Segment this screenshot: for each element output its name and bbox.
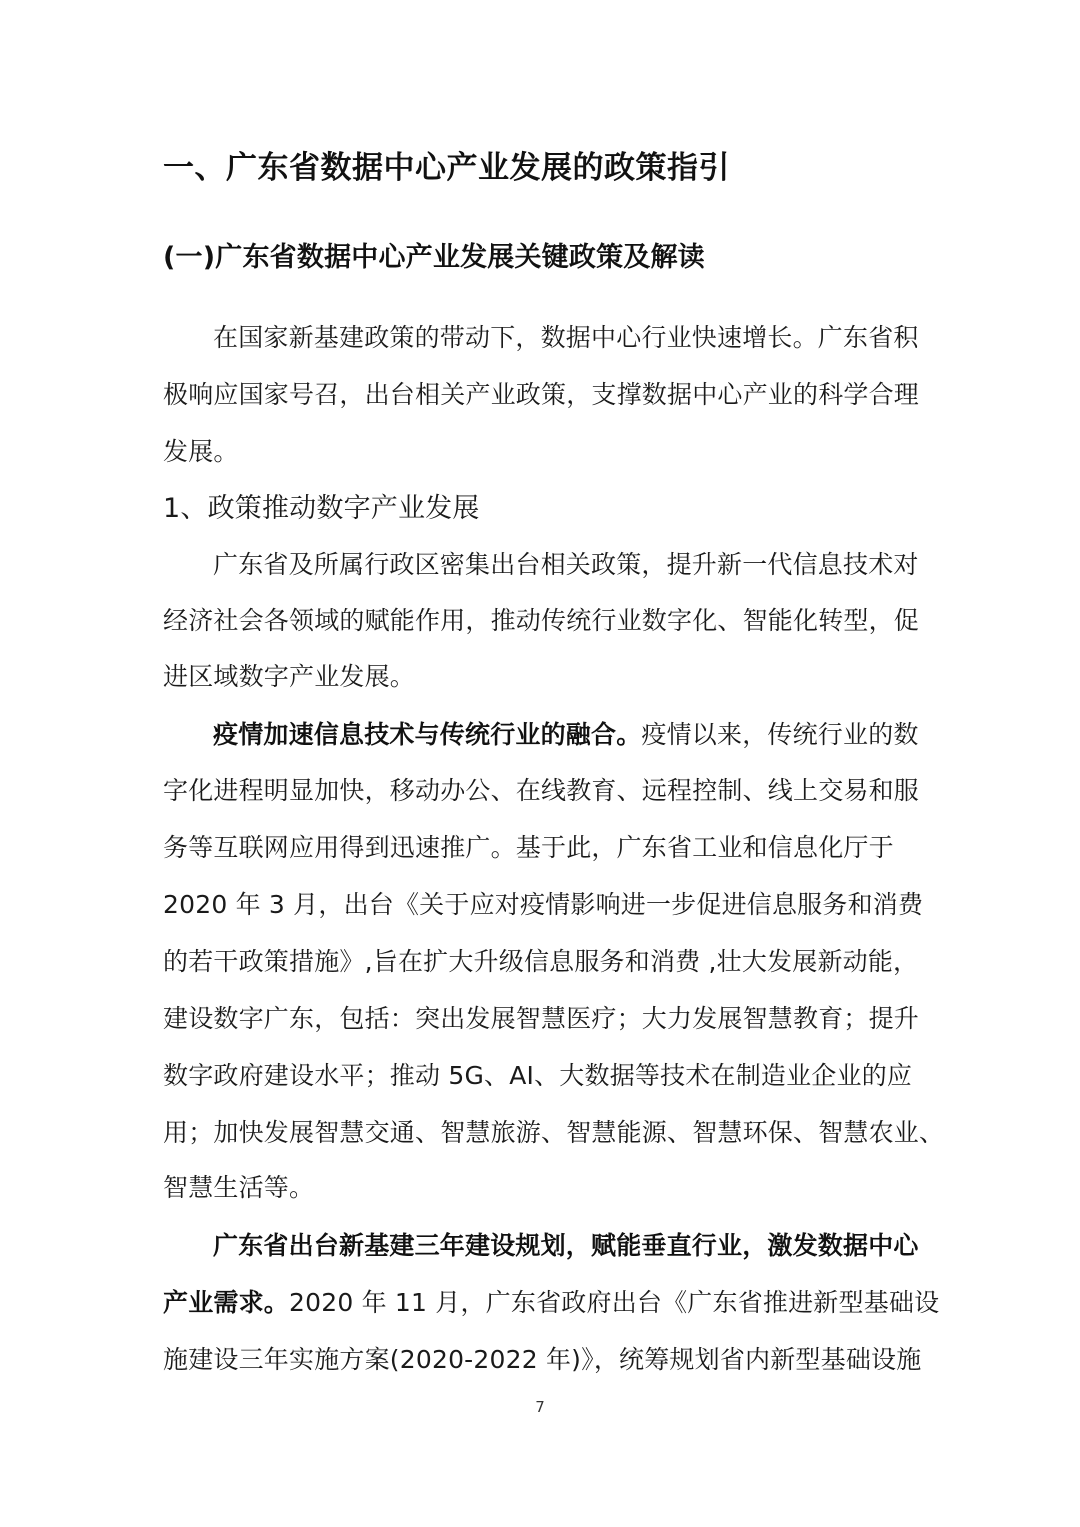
paragraph-line: 字化进程明显加快，移动办公、在线教育、远程控制、线上交易和服 bbox=[163, 776, 919, 806]
paragraph-line: 施建设三年实施方案(2020-2022 年)》，统筹规划省内新型基础设施 bbox=[163, 1345, 921, 1375]
paragraph-line: 经济社会各领域的赋能作用，推动传统行业数字化、智能化转型，促 bbox=[163, 606, 919, 636]
bold-lead-text: 疫情加速信息技术与传统行业的融合。 bbox=[213, 720, 641, 749]
paragraph-line: 建设数字广东，包括：突出发展智慧医疗；大力发展智慧教育；提升 bbox=[163, 1004, 919, 1034]
paragraph-line: 2020 年 3 月，出台《关于应对疫情影响进一步促进信息服务和消费 bbox=[163, 890, 923, 920]
paragraph-line: 产业需求。2020 年 11 月，广东省政府出台《广东省推进新型基础设 bbox=[163, 1288, 939, 1318]
chapter-heading: 一、广东省数据中心产业发展的政策指引 bbox=[163, 148, 730, 188]
paragraph-line: 疫情加速信息技术与传统行业的融合。疫情以来，传统行业的数 bbox=[213, 720, 919, 750]
paragraph-line: 用；加快发展智慧交通、智慧旅游、智慧能源、智慧环保、智慧农业、 bbox=[163, 1118, 944, 1148]
paragraph-line: 的若干政策措施》,旨在扩大升级信息服务和消费 ,壮大发展新动能， bbox=[163, 947, 918, 977]
document-page: 一、广东省数据中心产业发展的政策指引 (一)广东省数据中心产业发展关键政策及解读… bbox=[0, 0, 1080, 1527]
bold-lead-text: 产业需求。 bbox=[163, 1288, 289, 1317]
paragraph-line: 发展。 bbox=[163, 437, 239, 467]
paragraph-line: 进区域数字产业发展。 bbox=[163, 662, 415, 692]
subsection-heading: 1、政策推动数字产业发展 bbox=[163, 492, 480, 526]
paragraph-line: 智慧生活等。 bbox=[163, 1173, 314, 1203]
paragraph-line: 广东省及所属行政区密集出台相关政策，提升新一代信息技术对 bbox=[213, 550, 919, 580]
paragraph-text: 2020 年 11 月，广东省政府出台《广东省推进新型基础设 bbox=[289, 1288, 939, 1317]
paragraph-line: 极响应国家号召，出台相关产业政策，支撑数据中心产业的科学合理 bbox=[163, 380, 919, 410]
paragraph-text: 疫情以来，传统行业的数 bbox=[641, 720, 918, 749]
page-number: 7 bbox=[0, 1398, 1080, 1416]
section-heading: (一)广东省数据中心产业发展关键政策及解读 bbox=[163, 240, 705, 276]
paragraph-line: 广东省出台新基建三年建设规划，赋能垂直行业，激发数据中心 bbox=[213, 1231, 919, 1261]
paragraph-line: 数字政府建设水平；推动 5G、AI、大数据等技术在制造业企业的应 bbox=[163, 1061, 912, 1091]
paragraph-line: 务等互联网应用得到迅速推广。基于此，广东省工业和信息化厅于 bbox=[163, 833, 894, 863]
paragraph-line: 在国家新基建政策的带动下，数据中心行业快速增长。广东省积 bbox=[213, 323, 919, 353]
